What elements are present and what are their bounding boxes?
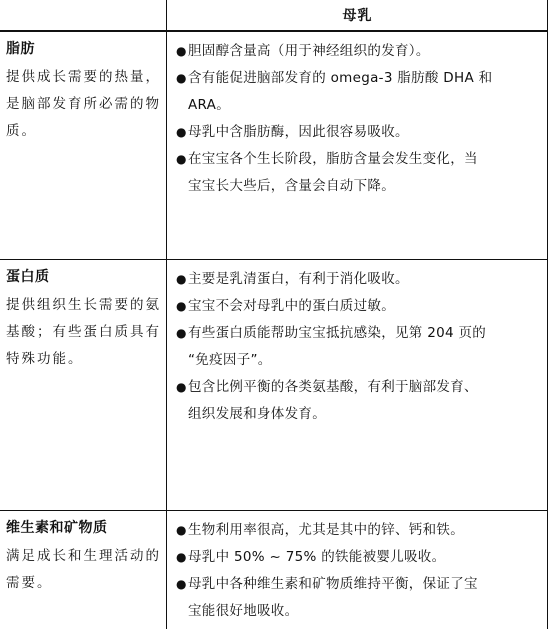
bullet-icon: ● [176,65,188,92]
list-item: ●主要是乳清蛋白，有利于消化吸收。 [176,266,546,293]
table-header-row: 母乳 [0,0,548,32]
bullet-icon: ● [176,374,188,401]
bullet-text: 母乳中各种维生素和矿物质维持平衡，保证了宝 [188,576,478,592]
header-breast-milk: 母乳 [167,0,548,32]
category-description: 提供成长需要的热量，是脑部发育所必需的物质。 [6,64,164,145]
header-empty-cell [0,0,167,30]
bullet-text: 包含比例平衡的各类氨基酸，有利于脑部发育、 [188,379,478,395]
bullet-text: 有些蛋白质能帮助宝宝抵抗感染，见第 204 页的 [188,325,486,341]
bullet-text: 胆固醇含量高（用于神经组织的发育）。 [188,43,430,59]
bullet-text: 母乳中含脂肪酶，因此很容易吸收。 [188,124,409,140]
bullet-text: 宝宝不会对母乳中的蛋白质过敏。 [188,298,395,314]
category-description: 提供组织生长需要的氨基酸；有些蛋白质具有特殊功能。 [6,292,164,373]
bullet-text: 含有能促进脑部发育的 omega-3 脂肪酸 DHA 和 [188,70,492,86]
list-item: ●含有能促进脑部发育的 omega-3 脂肪酸 DHA 和ARA。 [176,65,546,119]
list-item: ●母乳中 50% ~ 75% 的铁能被婴儿吸收。 [176,544,546,571]
category-cell: 脂肪 提供成长需要的热量，是脑部发育所必需的物质。 [0,32,167,259]
bullet-text: 母乳中 50% ~ 75% 的铁能被婴儿吸收。 [188,549,445,565]
list-item: ●母乳中各种维生素和矿物质维持平衡，保证了宝宝能很好地吸收。 [176,571,546,625]
table-row-protein: 蛋白质 提供组织生长需要的氨基酸；有些蛋白质具有特殊功能。 ●主要是乳清蛋白，有… [0,260,548,511]
bullet-text-continued: 组织发展和身体发育。 [176,401,546,428]
bullet-text: 主要是乳清蛋白，有利于消化吸收。 [188,271,409,287]
nutrition-table: 母乳 脂肪 提供成长需要的热量，是脑部发育所必需的物质。 ●胆固醇含量高（用于神… [0,0,548,629]
bullet-icon: ● [176,146,188,173]
category-description: 满足成长和生理活动的需要。 [6,543,164,597]
bullet-text-continued: 宝能很好地吸收。 [176,598,546,625]
bullet-icon: ● [176,571,188,598]
bullet-icon: ● [176,38,188,65]
details-cell: ●主要是乳清蛋白，有利于消化吸收。 ●宝宝不会对母乳中的蛋白质过敏。 ●有些蛋白… [167,260,548,510]
list-item: ●胆固醇含量高（用于神经组织的发育）。 [176,38,546,65]
bullet-icon: ● [176,517,188,544]
list-item: ●母乳中含脂肪酶，因此很容易吸收。 [176,119,546,146]
bullet-icon: ● [176,293,188,320]
bullet-text-continued: ARA。 [176,92,546,119]
list-item: ●宝宝不会对母乳中的蛋白质过敏。 [176,293,546,320]
list-item: ●生物利用率很高，尤其是其中的锌、钙和铁。 [176,517,546,544]
details-cell: ●胆固醇含量高（用于神经组织的发育）。 ●含有能促进脑部发育的 omega-3 … [167,32,548,259]
list-item: ●包含比例平衡的各类氨基酸，有利于脑部发育、组织发展和身体发育。 [176,374,546,428]
bullet-text-continued: 宝宝长大些后，含量会自动下降。 [176,173,546,200]
bullet-icon: ● [176,266,188,293]
category-cell: 维生素和矿物质 满足成长和生理活动的需要。 [0,511,167,629]
list-item: ●有些蛋白质能帮助宝宝抵抗感染，见第 204 页的“免疫因子”。 [176,320,546,374]
bullet-icon: ● [176,544,188,571]
category-title: 维生素和矿物质 [6,517,166,539]
bullet-icon: ● [176,320,188,347]
table-row-fat: 脂肪 提供成长需要的热量，是脑部发育所必需的物质。 ●胆固醇含量高（用于神经组织… [0,32,548,260]
bullet-text: 生物利用率很高，尤其是其中的锌、钙和铁。 [188,522,464,538]
category-cell: 蛋白质 提供组织生长需要的氨基酸；有些蛋白质具有特殊功能。 [0,260,167,510]
details-cell: ●生物利用率很高，尤其是其中的锌、钙和铁。 ●母乳中 50% ~ 75% 的铁能… [167,511,548,629]
bullet-text: 在宝宝各个生长阶段，脂肪含量会发生变化，当 [188,151,478,167]
bullet-icon: ● [176,119,188,146]
category-title: 蛋白质 [6,266,166,288]
table-row-vitamins-minerals: 维生素和矿物质 满足成长和生理活动的需要。 ●生物利用率很高，尤其是其中的锌、钙… [0,511,548,629]
list-item: ●在宝宝各个生长阶段，脂肪含量会发生变化，当宝宝长大些后，含量会自动下降。 [176,146,546,200]
bullet-text-continued: “免疫因子”。 [176,347,546,374]
category-title: 脂肪 [6,38,166,60]
